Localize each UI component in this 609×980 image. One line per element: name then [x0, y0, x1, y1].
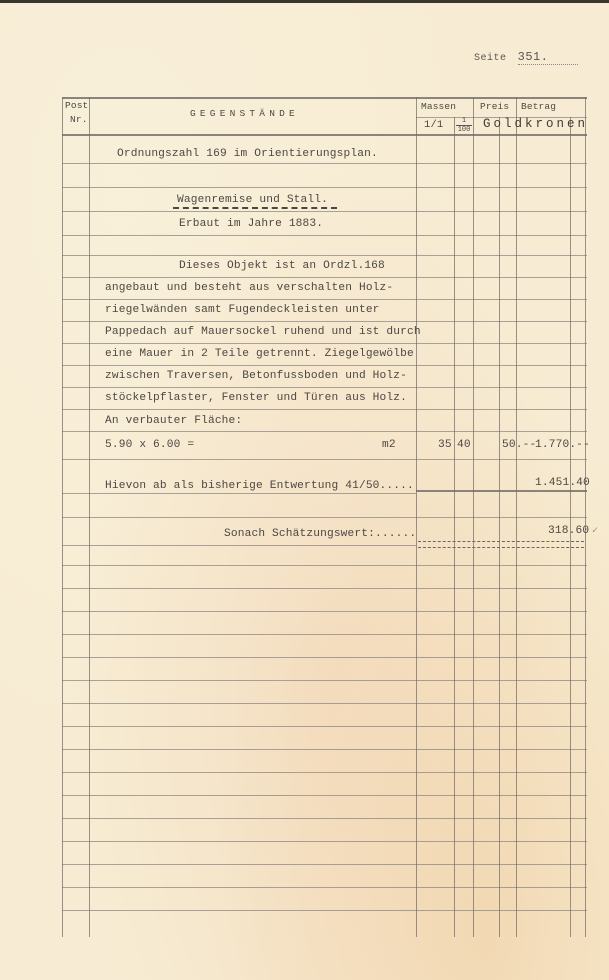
row-line	[62, 818, 587, 819]
row-line	[62, 409, 587, 410]
title-underline	[173, 207, 337, 209]
row-line	[62, 187, 587, 188]
row-line	[62, 545, 416, 546]
row-line	[62, 611, 587, 612]
col-border-left	[62, 97, 63, 937]
subtotal-rule	[416, 490, 587, 492]
row-desc-5: eine Mauer in 2 Teile getrennt. Ziegelge…	[105, 348, 414, 360]
col-border-preis	[516, 97, 517, 937]
row-area-unit: m2	[382, 439, 396, 451]
row-desc-2: angebaut und besteht aus verschalten Hol…	[105, 282, 393, 294]
row-area-preis: 50.--	[502, 439, 536, 451]
header-massen-full: 1/1	[424, 119, 443, 131]
row-line	[62, 235, 587, 236]
check-mark-icon: ✓	[592, 525, 598, 537]
row-line	[62, 431, 587, 432]
row-line	[62, 772, 587, 773]
row-line	[62, 910, 587, 911]
header-betrag: Betrag	[521, 101, 556, 112]
row-line	[62, 459, 587, 460]
row-line	[62, 365, 587, 366]
scan-edge	[0, 0, 609, 3]
row-schaetzungswert: Sonach Schätzungswert:......	[224, 528, 416, 540]
ledger-table: Post Nr. GEGENSTÄNDE Massen 1/1 1 100 Pr…	[62, 97, 587, 937]
row-line	[62, 277, 587, 278]
row-line	[62, 321, 587, 322]
header-nr: Nr.	[70, 114, 88, 125]
row-area-calc: 5.90 x 6.00 =	[105, 439, 194, 451]
row-line	[62, 211, 587, 212]
row-area-massen-int: 35	[438, 439, 452, 451]
row-erbaut: Erbaut im Jahre 1883.	[179, 218, 323, 230]
row-entwertung: Hievon ab als bisherige Entwertung 41/50…	[105, 480, 414, 492]
table-top-border	[62, 97, 587, 99]
row-line	[62, 255, 587, 256]
row-desc-3: riegelwänden samt Fugendeckleisten unter	[105, 304, 380, 316]
total-double-rule	[418, 541, 584, 548]
page-number-value: 351.	[518, 50, 578, 65]
header-gegenstaende: GEGENSTÄNDE	[190, 108, 299, 119]
row-desc-4: Pappedach auf Mauersockel ruhend und ist…	[105, 326, 421, 338]
col-border-preis-sub	[499, 117, 500, 937]
col-border-gegenstaende	[416, 97, 417, 937]
col-border-right	[585, 97, 586, 937]
page-label: Seite	[474, 53, 507, 64]
row-line	[62, 299, 587, 300]
col-border-post	[89, 97, 90, 937]
row-desc-7: stöckelpflaster, Fenster und Türen aus H…	[105, 392, 407, 404]
row-line	[62, 680, 587, 681]
row-area-label: An verbauter Fläche:	[105, 415, 242, 427]
row-line	[62, 749, 587, 750]
row-line	[62, 795, 587, 796]
col-border-massen	[473, 97, 474, 937]
row-desc-6: zwischen Traversen, Betonfussboden und H…	[105, 370, 407, 382]
row-area-massen-dec: 40	[457, 439, 471, 451]
row-line	[62, 343, 587, 344]
row-line	[62, 657, 587, 658]
row-line	[62, 887, 587, 888]
header-currency: Goldkronen	[483, 117, 588, 131]
row-area-betrag: 1.770.--	[535, 439, 590, 451]
row-ordnungszahl: Ordnungszahl 169 im Orientierungsplan.	[117, 148, 378, 160]
row-line	[62, 703, 587, 704]
row-entwertung-betrag: 1.451.40	[535, 477, 590, 489]
row-line	[62, 565, 587, 566]
col-border-massen-sub	[454, 117, 455, 937]
fraction-denominator: 100	[456, 125, 472, 134]
row-schaetzungswert-betrag: 318.60	[548, 525, 589, 537]
header-bottom-border	[62, 134, 587, 136]
row-line	[62, 493, 416, 494]
row-line	[62, 841, 587, 842]
header-massen-fraction: 1 100	[456, 117, 472, 134]
row-title: Wagenremise und Stall.	[177, 194, 328, 206]
page-number: Seite 351.	[474, 50, 578, 65]
header-post: Post	[65, 100, 88, 111]
row-line	[62, 864, 587, 865]
row-line	[62, 517, 587, 518]
row-line	[62, 588, 587, 589]
row-line	[62, 387, 587, 388]
row-line	[62, 634, 587, 635]
header-massen: Massen	[421, 101, 456, 112]
fraction-numerator: 1	[462, 117, 466, 125]
row-desc-1: Dieses Objekt ist an Ordzl.168	[179, 260, 385, 272]
row-line	[62, 163, 587, 164]
row-line	[62, 726, 587, 727]
header-preis: Preis	[480, 101, 509, 112]
